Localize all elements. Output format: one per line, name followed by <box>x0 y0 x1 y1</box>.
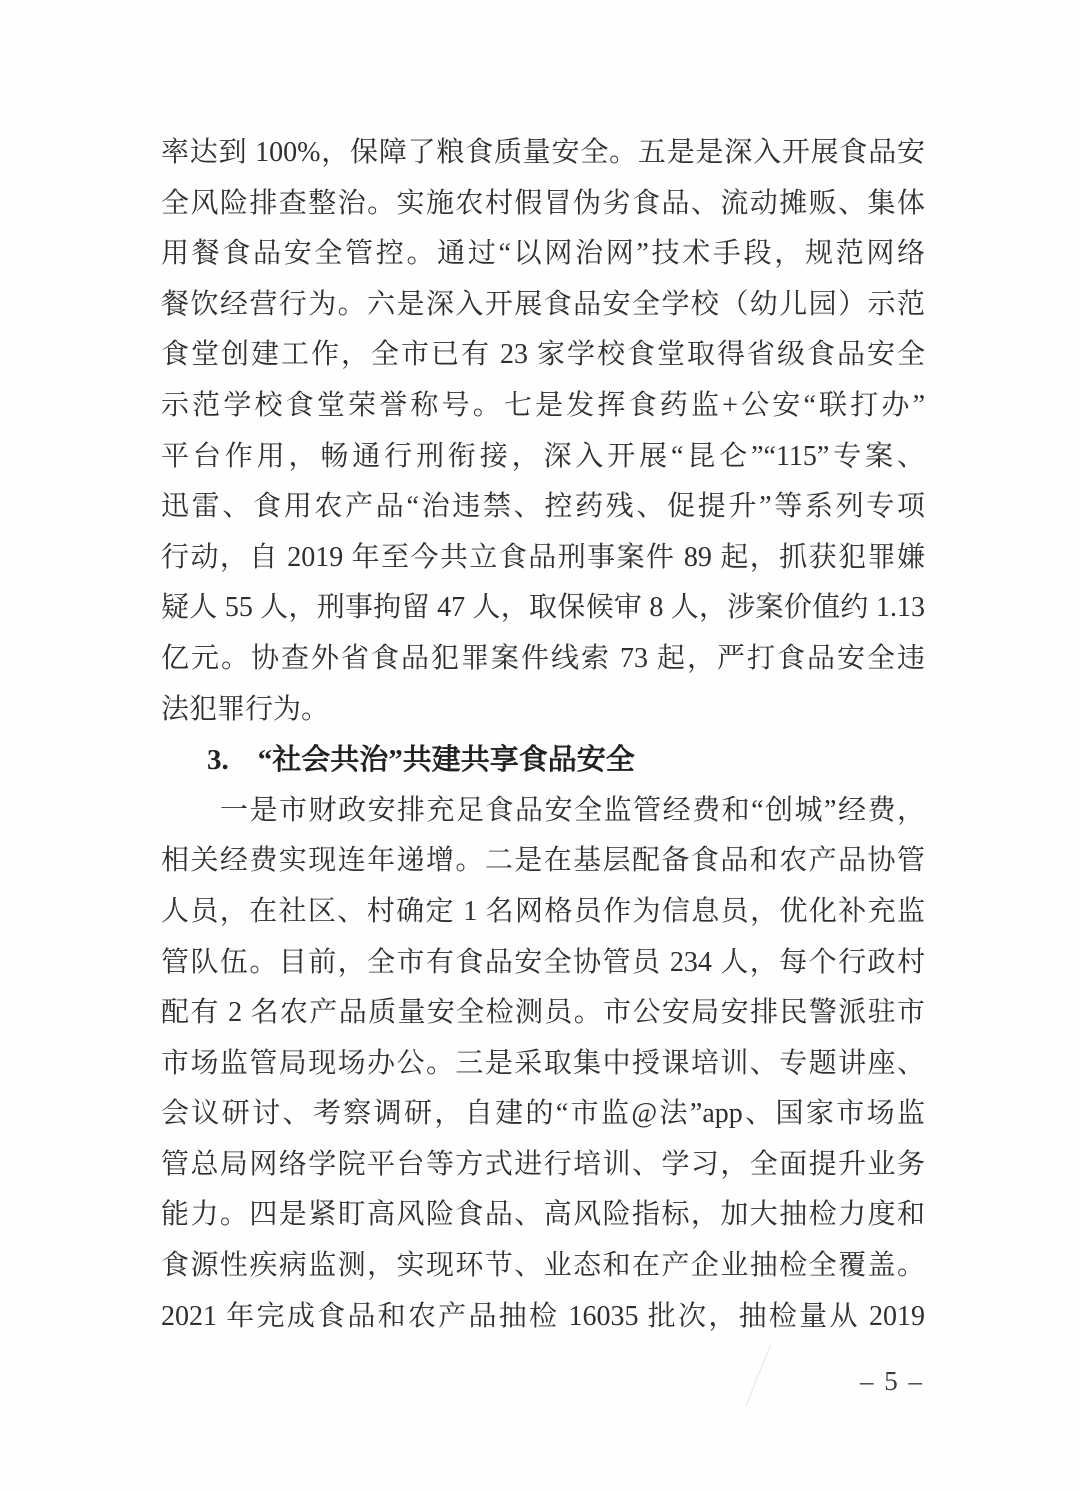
text-line: 疑人 55 人，刑事拘留 47 人，取保候审 8 人，涉案价值约 1.13 <box>161 583 925 634</box>
text-line: 人员，在社区、村确定 1 名网格员作为信息员，优化补充监 <box>161 887 925 938</box>
text-line: 市场监管局现场办公。三是采取集中授课培训、专题讲座、 <box>161 1039 925 1090</box>
text-line: 迅雷、食用农产品“治违禁、控药残、促提升”等系列专项 <box>161 482 925 533</box>
page-number: – 5 – <box>860 1366 924 1397</box>
section-heading: 3. “社会共治”共建共享食品安全 <box>161 735 925 786</box>
text-line: 会议研讨、考察调研，自建的“市监@法”app、国家市场监 <box>161 1089 925 1140</box>
text-line: 食源性疾病监测，实现环节、业态和在产企业抽检全覆盖。 <box>161 1241 925 1292</box>
text-line: 全风险排查整治。实施农村假冒伪劣食品、流动摊贩、集体 <box>161 179 925 230</box>
document-page: 率达到 100%，保障了粮食质量安全。五是是深入开展食品安 全风险排查整治。实施… <box>0 0 1080 1491</box>
text-line: 法犯罪行为。 <box>161 685 925 736</box>
document-body: 率达到 100%，保障了粮食质量安全。五是是深入开展食品安 全风险排查整治。实施… <box>161 128 925 1342</box>
text-line: 率达到 100%，保障了粮食质量安全。五是是深入开展食品安 <box>161 128 925 179</box>
text-line: 配有 2 名农产品质量安全检测员。市公安局安排民警派驻市 <box>161 988 925 1039</box>
text-line: 平台作用，畅通行刑衔接，深入开展“昆仑”“115”专案、 <box>161 432 925 483</box>
text-line: 一是市财政安排充足食品安全监管经费和“创城”经费， <box>161 786 925 837</box>
text-line: 示范学校食堂荣誉称号。七是发挥食药监+公安“联打办” <box>161 381 925 432</box>
text-line: 管队伍。目前，全市有食品安全协管员 234 人，每个行政村 <box>161 938 925 989</box>
text-line: 行动，自 2019 年至今共立食品刑事案件 89 起，抓获犯罪嫌 <box>161 533 925 584</box>
scan-artifact-line <box>745 1345 771 1407</box>
text-line: 餐饮经营行为。六是深入开展食品安全学校（幼儿园）示范 <box>161 280 925 331</box>
text-line: 管总局网络学院平台等方式进行培训、学习，全面提升业务 <box>161 1140 925 1191</box>
text-line: 用餐食品安全管控。通过“以网治网”技术手段，规范网络 <box>161 229 925 280</box>
text-line: 亿元。协查外省食品犯罪案件线索 73 起，严打食品安全违 <box>161 634 925 685</box>
text-line: 2021 年完成食品和农产品抽检 16035 批次，抽检量从 2019 <box>161 1292 925 1343</box>
text-line: 能力。四是紧盯高风险食品、高风险指标，加大抽检力度和 <box>161 1190 925 1241</box>
text-line: 食堂创建工作，全市已有 23 家学校食堂取得省级食品安全 <box>161 330 925 381</box>
text-line: 相关经费实现连年递增。二是在基层配备食品和农产品协管 <box>161 836 925 887</box>
